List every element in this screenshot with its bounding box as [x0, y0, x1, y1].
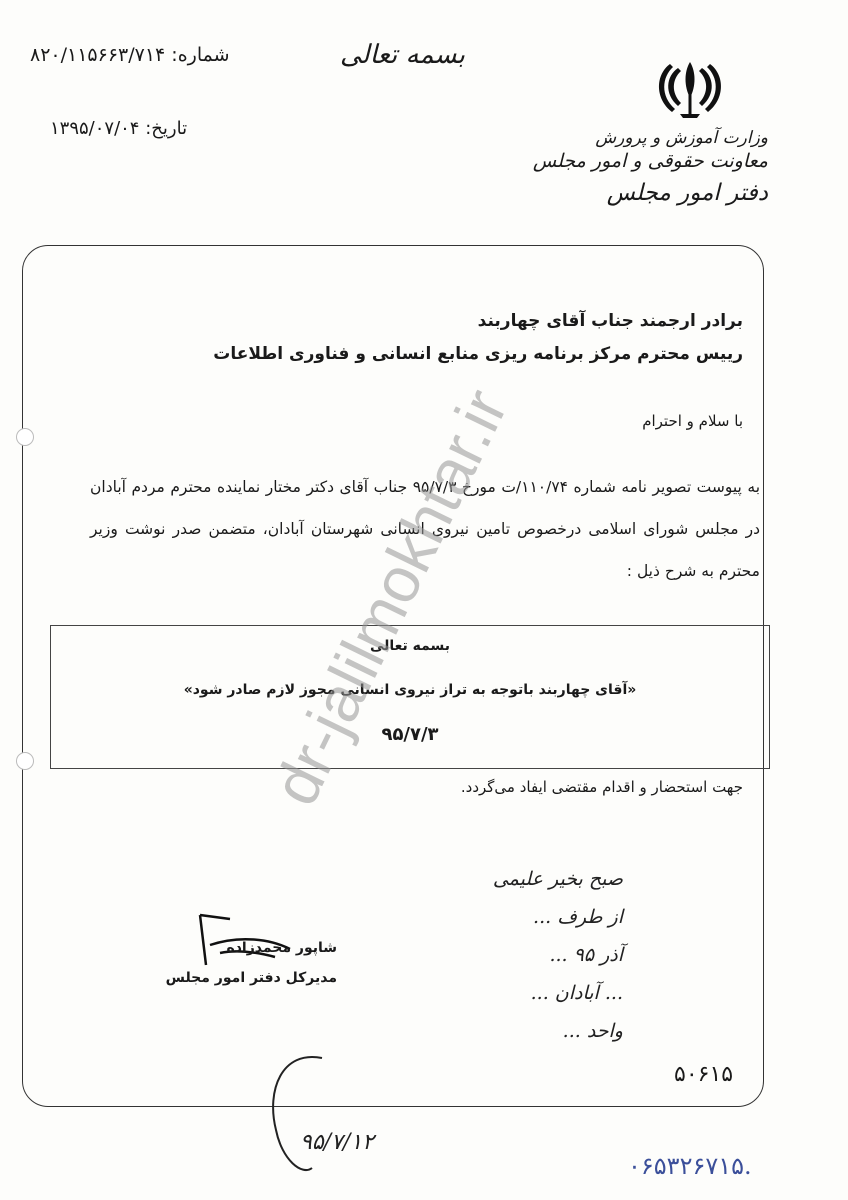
recipient-name: برادر ارجمند جناب آقای چهاربند [213, 305, 743, 338]
handwritten-line: از طرف ... [493, 898, 623, 936]
document-code: ۵۰۶۱۵ [674, 1062, 733, 1087]
handwritten-date: ۹۵/۷/۱۲ [300, 1130, 374, 1155]
handwritten-line: صبح بخیر علیمی [493, 860, 623, 898]
handwritten-line: ... آبادان ... [493, 974, 623, 1012]
punch-hole [16, 752, 34, 770]
greeting: با سلام و احترام [642, 412, 743, 430]
handwritten-note: صبح بخیر علیمی از طرف ... آذر ۹۵ ... ...… [493, 860, 623, 1050]
closing-line: جهت استحضار و اقدام مقتضی ایفاد می‌گردد. [461, 778, 743, 796]
handwritten-line: آذر ۹۵ ... [493, 936, 623, 974]
handwritten-loop-icon [262, 1050, 352, 1180]
ministry-name: وزارت آموزش و پرورش [533, 128, 768, 148]
letter-number: شماره: ۸۲۰/۱۱۵۶۶۳/۷۱۴ [30, 44, 230, 66]
handwritten-line: واحد ... [493, 1012, 623, 1050]
punch-hole [16, 428, 34, 446]
signatory-name: شاپور محمدزاده [152, 940, 337, 956]
quote-date: ۹۵/۷/۳ [51, 724, 769, 745]
basmala-heading: بسمه تعالی [340, 40, 465, 70]
office-name: دفتر امور مجلس [533, 180, 768, 206]
quoted-minister-note: بسمه تعالی «آقای چهاربند باتوجه به تراز … [50, 625, 770, 769]
ministry-letterhead: وزارت آموزش و پرورش معاونت حقوقی و امور … [533, 128, 768, 206]
letter-date: تاریخ: ۱۳۹۵/۰۷/۰۴ [50, 118, 187, 139]
iran-emblem-icon [650, 58, 730, 122]
quote-text: «آقای چهاربند باتوجه به تراز نیروی انسان… [51, 682, 769, 698]
deputy-name: معاونت حقوقی و امور مجلس [533, 150, 768, 172]
stamped-number: ۰۶۵۳۲۶۷۱۵. [628, 1152, 752, 1180]
signatory-title: مدیرکل دفتر امور مجلس [152, 970, 337, 986]
